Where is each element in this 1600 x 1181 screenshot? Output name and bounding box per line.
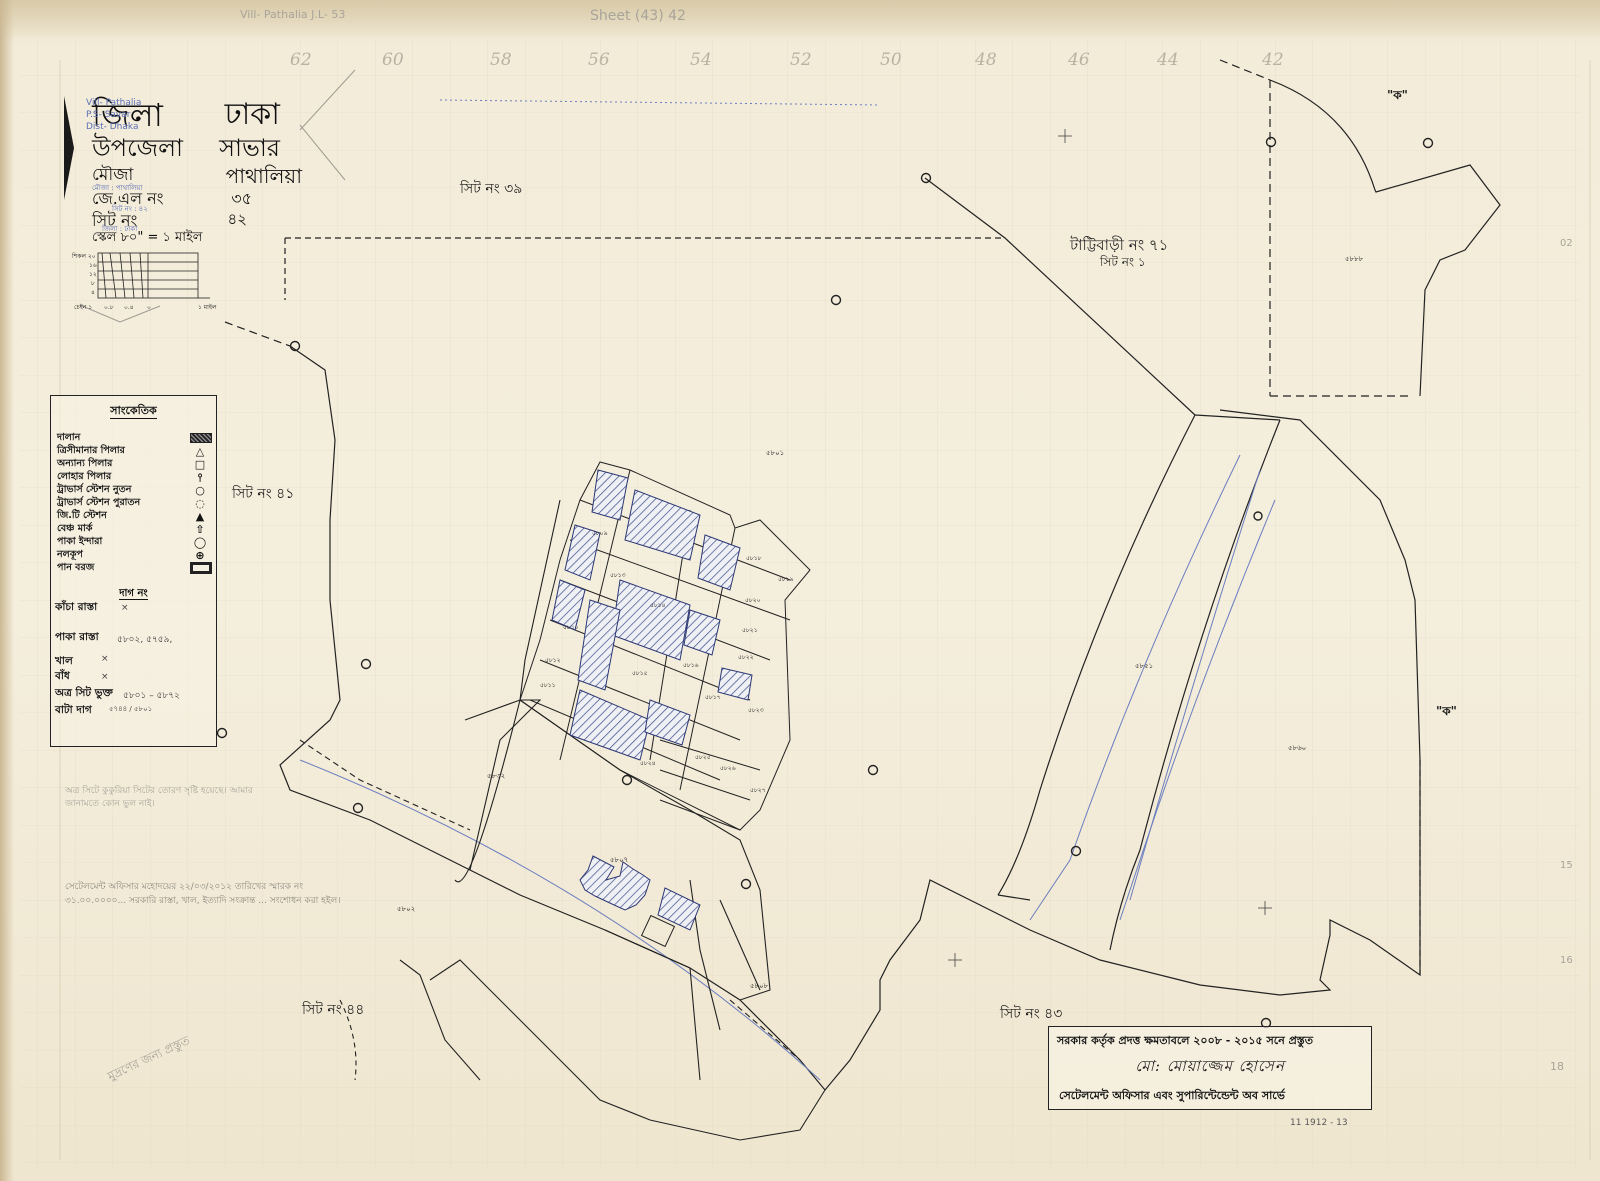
well-icon: ◯	[190, 537, 210, 548]
gt-station-icon: ▲	[190, 511, 210, 522]
officer-title: সেটেলমেন্ট অফিসার এবং সুপারিন্টেন্ডেন্ট …	[1059, 1087, 1285, 1106]
bench-mark-icon: ⇧	[190, 524, 210, 535]
legend-row-value: ×	[101, 672, 109, 682]
betel-garden-icon	[190, 562, 212, 574]
plot-number: ৫৮১৪	[650, 600, 666, 611]
legend-row-label: বাটা দাগ	[55, 703, 92, 720]
title-block: জিলা ঢাকা উপজেলা সাভার মৌজা পাথালিয়া জে…	[62, 90, 302, 250]
plot-number: ৫৮২৬	[720, 763, 736, 774]
scale-x-label: ০	[147, 302, 151, 313]
legend-row-value: ৫৮০২, ৫৭৫৯,	[117, 632, 172, 647]
plot-number: ৫৮১৩	[610, 570, 626, 581]
pencil-note: Dist- Dhaka	[86, 122, 138, 132]
plot-number: ৫৮১৯	[778, 574, 794, 585]
old-traverse-station-icon: ◌	[190, 498, 210, 509]
adjacent-sheet-label: সিট নং ১	[1100, 254, 1146, 274]
pencil-note: Vill- Pathalia	[86, 98, 141, 108]
plot-number: ৫৮১৫	[632, 668, 648, 679]
legend-row-value: ×	[101, 654, 109, 664]
map-legend: সাংকেতিক দালান ত্রিসীমানার পিলার△ অন্যান…	[50, 395, 217, 747]
plot-number: ৫৮২২	[738, 652, 754, 663]
triangle-pillar-icon: △	[190, 446, 210, 457]
plot-number: ৫৮০৯	[592, 528, 608, 539]
building-hatch-icon	[190, 433, 212, 443]
legend-label: পান বরজ	[57, 561, 94, 576]
certification-text: সরকার কর্তৃক প্রদত্ত ক্ষমতাবলে ২০০৮ - ২০…	[1057, 1032, 1313, 1051]
pencil-note: জিলা : ঢাকা	[102, 223, 137, 235]
certification-box: সরকার কর্তৃক প্রদত্ত ক্ষমতাবলে ২০০৮ - ২০…	[1048, 1026, 1372, 1110]
plot-number: ৫৮০৮	[750, 980, 768, 992]
plot-number: ৫৮২৪	[640, 758, 656, 769]
legend-row-value: ৫৮০১ – ৫৮৭২	[123, 688, 180, 703]
legend-row-label: অত্র সিট ভুক্ত	[55, 686, 113, 703]
margin-note: অত্র সিটে কুকুরিয়া সিটের তোরণ সৃষ্টি হয…	[65, 785, 265, 811]
margin-number: 18	[1550, 1060, 1564, 1073]
plot-number: ৫৮০৭	[610, 854, 628, 866]
sheet-label-north: সিট নং ৩৯	[460, 177, 522, 201]
legend-row-label: কাঁচা রাস্তা	[55, 600, 97, 617]
dag-header: দাগ নং	[119, 588, 147, 600]
tubewell-icon: ⊕	[190, 550, 210, 561]
sheet-label-south-west: সিট নং ৪৪	[302, 998, 364, 1022]
scale-y-label: ৪	[91, 287, 95, 298]
margin-number: 16	[1560, 955, 1573, 966]
plot-number: ৫৮৬০	[1288, 742, 1306, 754]
plot-number: ৫৮২৭	[750, 785, 766, 796]
plot-number: ৫৮২১	[742, 625, 758, 636]
north-arrow-icon	[64, 96, 74, 200]
margin-number: 02	[1560, 238, 1573, 249]
scale-x-label: চেইন ১	[74, 302, 92, 313]
plot-number: ৫৮০১	[766, 447, 784, 459]
plot-number: ৫৮৫১	[1135, 660, 1153, 672]
plot-number: ৫৮১৬	[683, 660, 699, 671]
new-traverse-station-icon: ○	[190, 485, 210, 496]
officer-signature: মো: মোয়াজ্জেম হোসেন	[1049, 1055, 1371, 1080]
plot-number: ৫৮৮৮	[1345, 253, 1363, 265]
legend-row-label: পাকা রাস্তা	[55, 630, 99, 647]
pencil-note: মৌজা : পাথালিয়া	[92, 182, 143, 194]
scale-x-label: ০.৮	[104, 302, 114, 313]
pencil-note: সিট নং : ৪২	[112, 203, 148, 215]
plot-number: ৫৮৩২	[487, 770, 505, 782]
plot-number: ৫৮১২	[545, 655, 561, 666]
ka-mark-right: "ক"	[1436, 703, 1457, 723]
plot-number: ৫৮২৫	[695, 752, 711, 763]
scale-x-label: ০.৪	[124, 302, 134, 313]
pencil-note: P.S- Savar	[86, 110, 130, 120]
sheet-label-south: সিট নং ৪৩	[1000, 1002, 1062, 1026]
margin-number: 15	[1560, 860, 1573, 871]
plot-number: ৫৮১১	[540, 680, 556, 691]
legend-title: সাংকেতিক	[110, 404, 156, 419]
map-sheet: 62 60 58 56 54 52 50 48 46 44 42 Vill- P…	[0, 0, 1600, 1181]
legend-row-value: ৫৭৪৪ / ৫৮০১	[109, 703, 152, 715]
ka-mark-top: "ক"	[1387, 87, 1408, 107]
stamp-text: 11 1912 - 13	[1290, 1118, 1348, 1128]
plot-number: ৫৮১৮	[746, 553, 762, 564]
plot-number: ৫৮০২	[397, 903, 415, 915]
plot-number: ৫৮১৭	[705, 692, 721, 703]
sheet-label-west: সিট নং ৪১	[232, 482, 294, 506]
scale-x-label: ১ মাইল	[198, 302, 216, 313]
margin-note: সেটেলমেন্ট অফিসার মহোদয়ের ২২/০৩/২০১২ তা…	[65, 880, 345, 908]
legend-row-value: ×	[121, 603, 129, 613]
plot-number: ৫৮২০	[745, 595, 761, 606]
square-pillar-icon: □	[190, 459, 210, 470]
legend-row-label: বাঁধ	[55, 669, 70, 686]
plot-number: ৫৮১০	[563, 622, 579, 633]
iron-pillar-icon: ⫯	[190, 472, 210, 483]
plot-number: ৫৮২৩	[748, 705, 764, 716]
